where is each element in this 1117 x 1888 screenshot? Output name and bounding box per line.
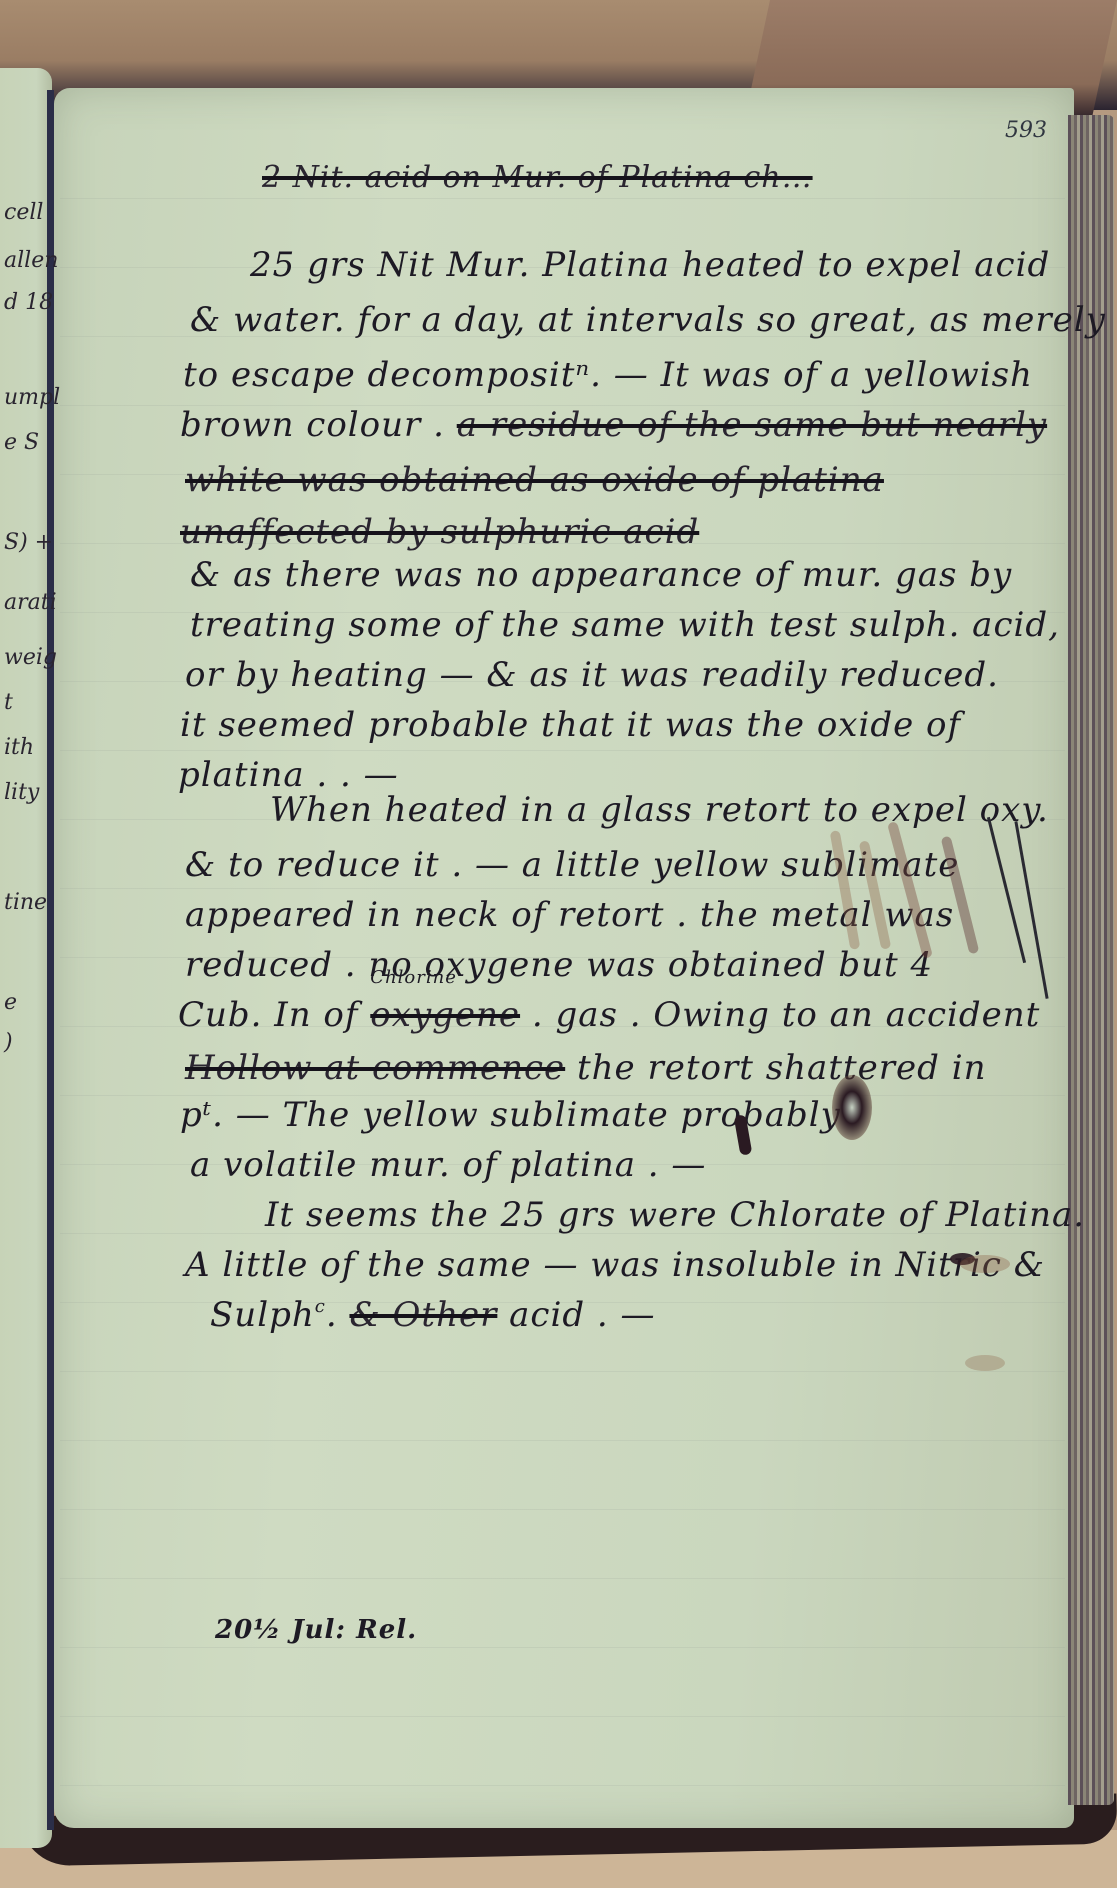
line-16-correction: Chlorine oxygene xyxy=(370,995,532,1035)
line-16-text: Cub. In of xyxy=(178,995,358,1035)
manuscript-line-11: platina . . — xyxy=(178,755,399,795)
manuscript-line-9: or by heating — & as it was readily redu… xyxy=(185,655,999,695)
manuscript-line-10: it seemed probable that it was the oxide… xyxy=(180,705,961,745)
inserted-word-chlorine: Chlorine xyxy=(370,967,457,988)
manuscript-line-5-struck: white was obtained as oxide of platina xyxy=(185,460,884,500)
struck-word-oxygene: oxygene xyxy=(370,995,520,1035)
left-page-fragment: lity xyxy=(4,780,39,805)
manuscript-line-7: & as there was no appearance of mur. gas… xyxy=(190,555,1012,595)
left-page-fragment: d 18 xyxy=(4,290,53,315)
book-gutter xyxy=(47,90,54,1830)
stain xyxy=(965,1355,1005,1371)
manuscript-line-19: a volatile mur. of platina . — xyxy=(190,1145,706,1185)
manuscript-line-6-struck: unaffected by sulphuric acid xyxy=(180,512,699,552)
left-page-fragment: cell xyxy=(4,200,43,225)
left-page-fragment: e xyxy=(4,990,17,1015)
burn-mark xyxy=(832,1075,872,1140)
manuscript-line-16: Cub. In of Chlorine oxygene . gas . Owin… xyxy=(178,995,1040,1035)
manuscript-line-15: reduced . no oxygene was obtained but 4 xyxy=(185,945,933,985)
manuscript-line-2: & water. for a day, at intervals so grea… xyxy=(190,300,1106,340)
book-page-edges xyxy=(1068,115,1114,1805)
line-22-struck-word: & Other xyxy=(349,1295,497,1335)
line-4-struck-tail: a residue of the same but nearly xyxy=(457,405,1047,445)
left-page-fragment: ) xyxy=(4,1030,13,1055)
manuscript-line-1: 25 grs Nit Mur. Platina heated to expel … xyxy=(250,245,1050,285)
manuscript-line-12: When heated in a glass retort to expel o… xyxy=(270,790,1049,830)
line-22-text-end: acid . — xyxy=(509,1295,655,1335)
struck-heading: 2 Nit. acid on Mur. of Platina ch… xyxy=(262,160,813,195)
manuscript-line-20: It seems the 25 grs were Chlorate of Pla… xyxy=(265,1195,1085,1235)
left-page-fragment: S) + xyxy=(4,530,53,555)
line-17-text: the retort shattered in xyxy=(577,1048,987,1088)
left-page-fragment: t xyxy=(4,690,13,715)
line-16-tail: . gas . Owing to an accident xyxy=(532,995,1040,1035)
manuscript-line-3: to escape decompositⁿ. — It was of a yel… xyxy=(183,355,1033,395)
manuscript-line-22: Sulphc. & Other acid . — xyxy=(210,1295,656,1335)
left-page-fragment: weig xyxy=(4,645,57,670)
stain xyxy=(960,1255,1010,1273)
left-page-fragment: ith xyxy=(4,735,34,760)
line-4-text: brown colour . xyxy=(180,405,445,445)
left-page-fragment: allen xyxy=(4,248,58,273)
line-22-text-start: Sulphc. xyxy=(210,1295,338,1335)
left-page-fragment: e S xyxy=(4,430,39,455)
manuscript-line-8: treating some of the same with test sulp… xyxy=(190,605,1060,645)
manuscript-line-21: A little of the same — was insoluble in … xyxy=(185,1245,1045,1285)
manuscript-line-14: appeared in neck of retort . the metal w… xyxy=(185,895,954,935)
manuscript-line-4: brown colour . a residue of the same but… xyxy=(180,405,1047,445)
left-page xyxy=(0,68,52,1848)
left-page-fragment: arati xyxy=(4,590,57,615)
left-page-fragment: umpl xyxy=(4,385,60,410)
page-number: 593 xyxy=(1005,118,1047,143)
date-line: 20½ Jul: Rel. xyxy=(215,1615,417,1645)
left-page-fragment: tine xyxy=(4,890,47,915)
manuscript-line-17: Hollow at commence the retort shattered … xyxy=(185,1048,987,1088)
line-17-struck-lead: Hollow at commence xyxy=(185,1048,565,1088)
